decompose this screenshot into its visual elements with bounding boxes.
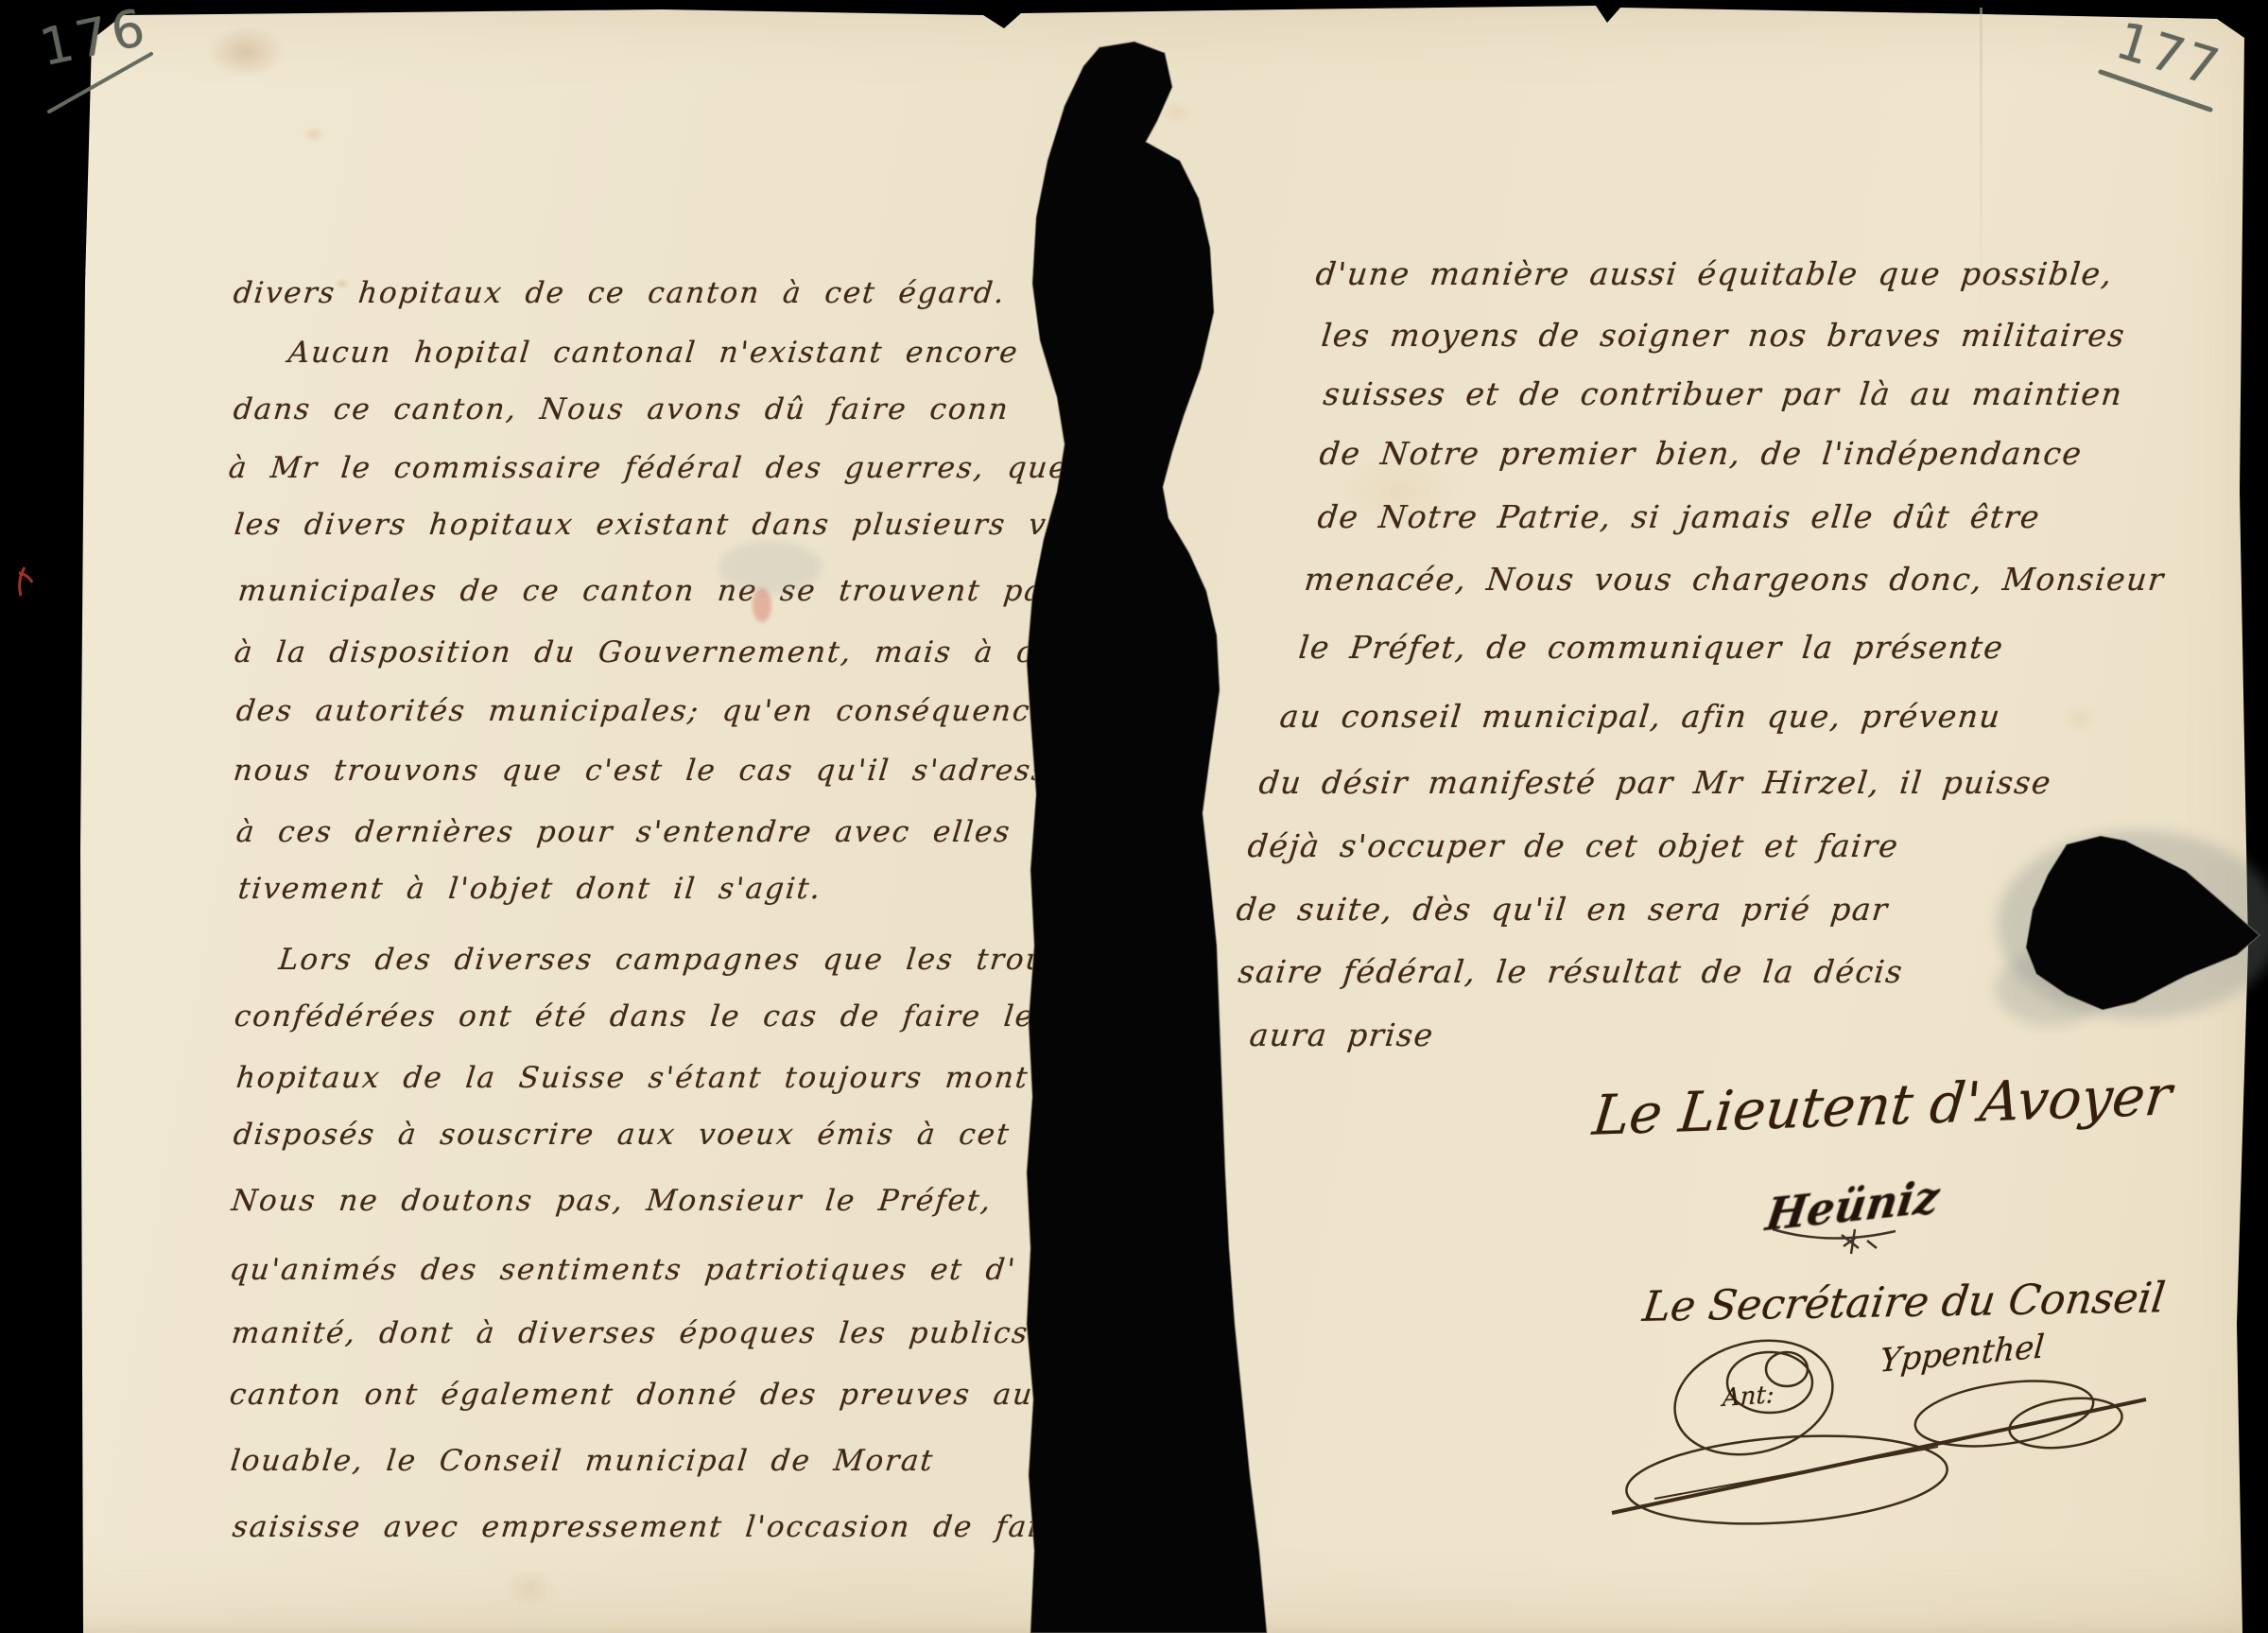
handwritten-line: du désir manifesté par Mr Hirzel, il pui… — [1257, 764, 2053, 801]
handwritten-line: les moyens de soigner nos braves militai… — [1320, 317, 2127, 354]
handwritten-line: aura prise — [1248, 1016, 1436, 1053]
right-page-text-column: d'une manière aussi équitable que possib… — [0, 0, 2268, 1633]
handwritten-line: de Notre Patrie, si jamais elle dût être — [1316, 498, 2042, 535]
handwritten-line: déjà s'occuper de cet objet et faire — [1246, 827, 1901, 864]
handwritten-line: de Notre premier bien, de l'indépendance — [1318, 435, 2085, 472]
handwritten-line: d'une manière aussi équitable que possib… — [1314, 255, 2115, 292]
scanned-document-stage: 176 177 divers hopitaux de ce canton à c… — [0, 0, 2268, 1633]
handwritten-line: suisses et de contribuer par là au maint… — [1322, 375, 2125, 412]
handwritten-line: de suite, dès qu'il en sera prié par — [1235, 891, 1891, 928]
handwritten-line: saire fédéral, le résultat de la décis — [1237, 953, 1905, 990]
secretary-signature-prefix: Ant: — [1723, 1381, 1775, 1413]
handwritten-line: au conseil municipal, afin que, prévenu — [1278, 698, 2003, 735]
handwritten-line: le Préfet, de communiquer la présente — [1297, 629, 2006, 666]
secretary-title: Le Secrétaire du Conseil — [1640, 1274, 2168, 1331]
handwritten-line: menacée, Nous vous chargeons donc, Monsi… — [1303, 561, 2167, 598]
